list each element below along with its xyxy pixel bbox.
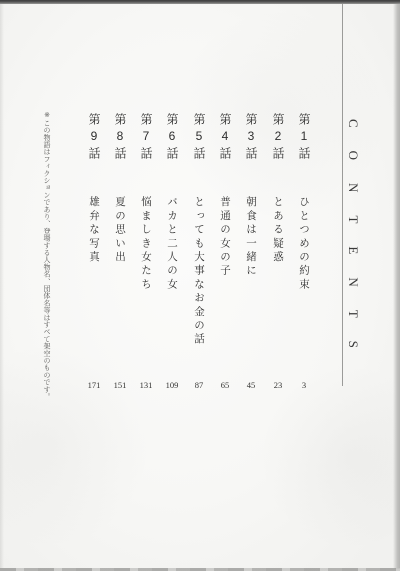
chapter-number: 第4話 xyxy=(218,113,232,163)
page-number: 131 xyxy=(133,380,159,390)
chapter-title: 夏の思い出 xyxy=(114,196,126,265)
chapter-title: バカと二人の女 xyxy=(166,196,178,292)
chapter-title: ひとつめの約束 xyxy=(298,196,310,292)
toc-entry: 第5話 とっても大事なお金の話 87 xyxy=(186,113,212,390)
scanned-contents-page: CONTENTS 第1話 ひとつめの約束 3 第2話 とある疑惑 23 第3話 … xyxy=(0,0,400,571)
page-number: 171 xyxy=(81,380,107,390)
page-number: 87 xyxy=(186,380,212,390)
chapter-number: 第8話 xyxy=(113,113,127,163)
chapter-title: 普通の女の子 xyxy=(219,196,231,278)
chapter-number: 第1話 xyxy=(297,113,311,163)
contents-heading: CONTENTS xyxy=(345,119,361,409)
chapter-number: 第3話 xyxy=(244,113,258,163)
toc-entry: 第3話 朝食は一緒に 45 xyxy=(238,113,264,390)
chapter-title: 朝食は一緒に xyxy=(245,196,257,278)
page-number: 151 xyxy=(107,380,133,390)
toc-entry: 第8話 夏の思い出 151 xyxy=(107,113,133,390)
toc-entry: 第9話 雄弁な写真 171 xyxy=(81,113,107,390)
page-number: 23 xyxy=(265,380,291,390)
page-number: 109 xyxy=(159,380,185,390)
chapter-number: 第2話 xyxy=(271,113,285,163)
chapter-title: とある疑惑 xyxy=(272,196,284,265)
toc-entry: 第2話 とある疑惑 23 xyxy=(265,113,291,390)
toc-entry: 第6話 バカと二人の女 109 xyxy=(159,113,185,390)
chapter-number: 第9話 xyxy=(87,113,101,163)
toc-entry: 第4話 普通の女の子 65 xyxy=(212,113,238,390)
toc-entry: 第1話 ひとつめの約束 3 xyxy=(291,113,317,390)
scan-edge-left xyxy=(0,3,4,569)
chapter-number: 第7話 xyxy=(139,113,153,163)
toc-entry: 第7話 悩ましき女たち 131 xyxy=(133,113,159,390)
page-number: 65 xyxy=(212,380,238,390)
contents-rule-line xyxy=(342,4,343,386)
scan-edge-top xyxy=(0,0,400,4)
page-number: 3 xyxy=(291,380,317,390)
chapter-number: 第6話 xyxy=(165,113,179,163)
scan-edge-right xyxy=(393,3,400,569)
chapter-title: 悩ましき女たち xyxy=(140,196,152,292)
chapter-title: とっても大事なお金の話 xyxy=(193,196,205,347)
chapter-number: 第5話 xyxy=(192,113,206,163)
page-number: 45 xyxy=(238,380,264,390)
chapter-title: 雄弁な写真 xyxy=(88,196,100,265)
fiction-disclaimer: ※この物語はフィクションであり、登場する人物名、団体名等はすべて架空のものです。 xyxy=(40,111,53,401)
